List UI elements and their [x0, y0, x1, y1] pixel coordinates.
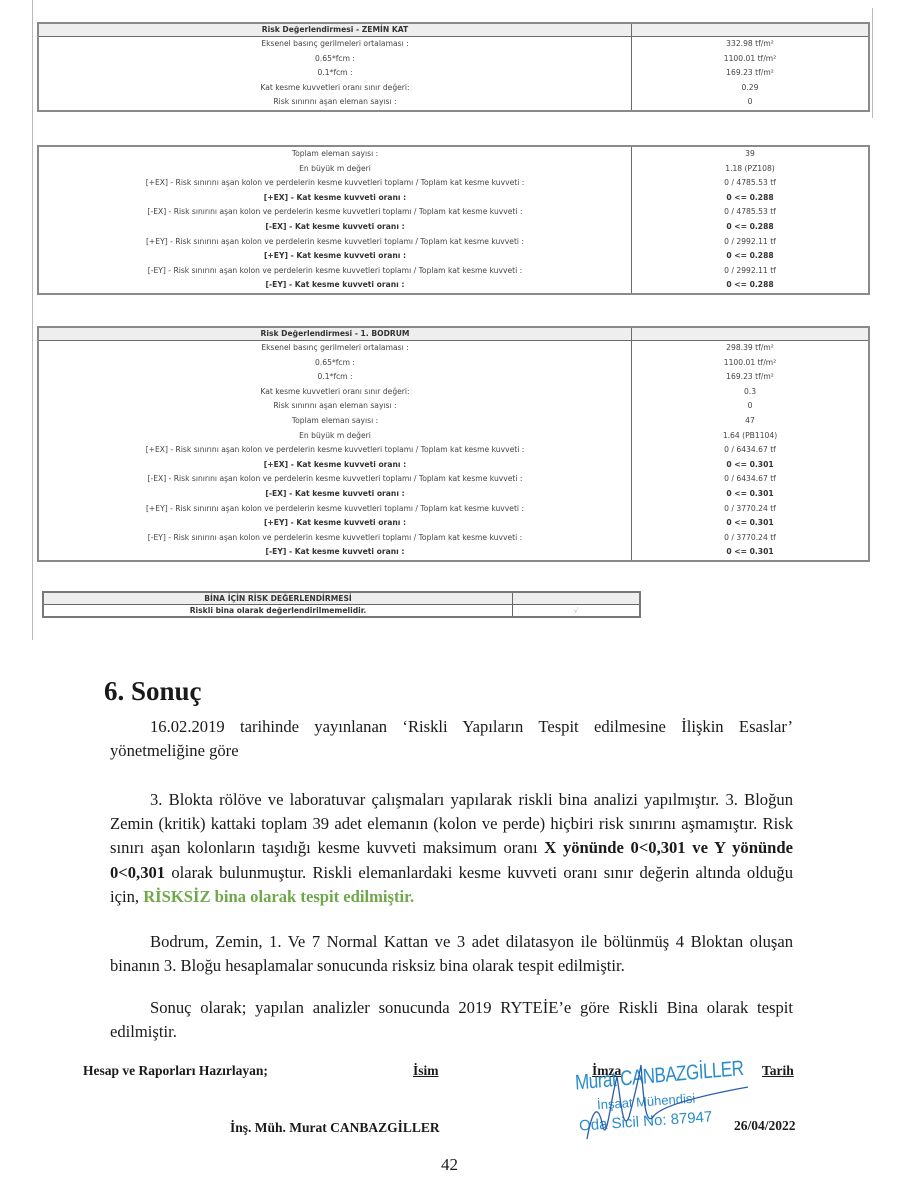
row-label: [-EY] - Risk sınırını aşan kolon ve perd…	[38, 531, 632, 546]
row-label: [+EX] - Kat kesme kuvveti oranı :	[38, 458, 632, 473]
table-row: [+EX] - Kat kesme kuvveti oranı :0 <= 0.…	[38, 458, 869, 473]
paragraph-3: Bodrum, Zemin, 1. Ve 7 Normal Kattan ve …	[110, 930, 793, 978]
risk-free-conclusion: RİSKSİZ bina olarak tespit edilmiştir.	[143, 887, 414, 906]
handwritten-signature-icon	[573, 1057, 758, 1147]
table-title: Risk Değerlendirmesi - ZEMİN KAT	[38, 23, 632, 37]
row-value: 0 <= 0.301	[632, 458, 870, 473]
row-value: 0 <= 0.288	[632, 191, 870, 206]
paragraph-1-text: 16.02.2019 tarihinde yayınlanan ‘Riskli …	[110, 717, 793, 760]
row-label: Toplam eleman sayısı :	[38, 146, 632, 162]
row-label: Toplam eleman sayısı :	[38, 414, 632, 429]
row-value: 1.64 (PB1104)	[632, 429, 870, 444]
table-row: Kat kesme kuvvetleri oranı sınır değeri:…	[38, 81, 869, 96]
table-row: [+EY] - Risk sınırını aşan kolon ve perd…	[38, 235, 869, 250]
row-value: 0 <= 0.301	[632, 487, 870, 502]
table-title-value	[632, 23, 870, 37]
engineer-stamp: Murat CANBAZGİLLER İnşaat Mühendisi Oda …	[573, 1057, 758, 1142]
table-row: 0.65*fcm :1100.01 tf/m²	[38, 356, 869, 371]
row-label: [-EX] - Risk sınırını aşan kolon ve perd…	[38, 205, 632, 220]
row-label: Risk sınırını aşan eleman sayısı :	[38, 95, 632, 111]
row-value: 169.23 tf/m²	[632, 66, 870, 81]
building-risk-result: Riskli bina olarak değerlendirilmemelidi…	[43, 605, 513, 618]
row-label: Risk sınırını aşan eleman sayısı :	[38, 399, 632, 414]
row-value: 0 / 3770.24 tf	[632, 531, 870, 546]
table-row: [-EX] - Risk sınırını aşan kolon ve perd…	[38, 205, 869, 220]
table-row: [+EX] - Risk sınırını aşan kolon ve perd…	[38, 176, 869, 191]
table-row: 0.1*fcm :169.23 tf/m²	[38, 370, 869, 385]
row-value: 332.98 tf/m²	[632, 37, 870, 52]
paragraph-4-text: Sonuç olarak; yapılan analizler sonucund…	[110, 998, 793, 1041]
table-title: Risk Değerlendirmesi - 1. BODRUM	[38, 327, 632, 341]
table-row: [-EY] - Kat kesme kuvveti oranı :0 <= 0.…	[38, 278, 869, 294]
table-row: [+EX] - Risk sınırını aşan kolon ve perd…	[38, 443, 869, 458]
row-label: Kat kesme kuvvetleri oranı sınır değeri:	[38, 81, 632, 96]
table-row: [-EX] - Kat kesme kuvveti oranı :0 <= 0.…	[38, 487, 869, 502]
paragraph-1: 16.02.2019 tarihinde yayınlanan ‘Riskli …	[110, 715, 793, 763]
row-value: 1100.01 tf/m²	[632, 52, 870, 67]
table-row: 0.65*fcm :1100.01 tf/m²	[38, 52, 869, 67]
building-risk-header-value	[513, 592, 641, 605]
row-value: 0 / 2992.11 tf	[632, 235, 870, 250]
row-label: [-EY] - Kat kesme kuvveti oranı :	[38, 545, 632, 561]
row-label: [-EY] - Risk sınırını aşan kolon ve perd…	[38, 264, 632, 279]
table-row: Risk sınırını aşan eleman sayısı :0	[38, 95, 869, 111]
row-label: 0.1*fcm :	[38, 66, 632, 81]
row-label: Eksenel basınç gerilmeleri ortalaması :	[38, 37, 632, 52]
row-value: 0 <= 0.301	[632, 545, 870, 561]
paragraph-4: Sonuç olarak; yapılan analizler sonucund…	[110, 996, 793, 1044]
row-value: 0 <= 0.301	[632, 516, 870, 531]
paragraph-2: 3. Blokta rölöve ve laboratuvar çalışmal…	[110, 788, 793, 909]
row-value: 1.18 (PZ108)	[632, 162, 870, 177]
name-label: İsim	[413, 1063, 439, 1079]
row-value: 0 / 3770.24 tf	[632, 502, 870, 517]
row-value: 0 / 6434.67 tf	[632, 443, 870, 458]
table-row: Toplam eleman sayısı :39	[38, 146, 869, 162]
table-row: Eksenel basınç gerilmeleri ortalaması :2…	[38, 341, 869, 356]
row-label: [-EY] - Kat kesme kuvveti oranı :	[38, 278, 632, 294]
row-label: [+EX] - Risk sınırını aşan kolon ve perd…	[38, 176, 632, 191]
section-heading: 6. Sonuç	[104, 676, 202, 707]
paragraph-3-text: Bodrum, Zemin, 1. Ve 7 Normal Kattan ve …	[110, 932, 793, 975]
table-row: Toplam eleman sayısı :47	[38, 414, 869, 429]
table-row: [-EX] - Kat kesme kuvveti oranı :0 <= 0.…	[38, 220, 869, 235]
table-row: [-EX] - Risk sınırını aşan kolon ve perd…	[38, 472, 869, 487]
table-row: [+EX] - Kat kesme kuvveti oranı :0 <= 0.…	[38, 191, 869, 206]
building-risk-table: BİNA İÇİN RİSK DEĞERLENDİRMESİ Riskli bi…	[42, 591, 641, 618]
row-label: Eksenel basınç gerilmeleri ortalaması :	[38, 341, 632, 356]
row-value: 47	[632, 414, 870, 429]
row-value: 0 / 6434.67 tf	[632, 472, 870, 487]
row-label: En büyük m değeri	[38, 429, 632, 444]
row-value: 0 <= 0.288	[632, 249, 870, 264]
row-value: 0.3	[632, 385, 870, 400]
row-value: 1100.01 tf/m²	[632, 356, 870, 371]
page-border-left	[32, 0, 33, 640]
row-label: Kat kesme kuvvetleri oranı sınır değeri:	[38, 385, 632, 400]
page-number: 42	[441, 1155, 458, 1175]
row-value: 0 / 2992.11 tf	[632, 264, 870, 279]
prepared-by-label: Hesap ve Raporları Hazırlayan;	[83, 1063, 268, 1079]
row-label: [-EX] - Risk sınırını aşan kolon ve perd…	[38, 472, 632, 487]
table-row: En büyük m değeri1.18 (PZ108)	[38, 162, 869, 177]
table-row: 0.1*fcm :169.23 tf/m²	[38, 66, 869, 81]
page-border-right	[872, 8, 873, 118]
building-risk-mark: √	[513, 605, 641, 618]
table-row: [+EY] - Risk sınırını aşan kolon ve perd…	[38, 502, 869, 517]
table-row: [+EY] - Kat kesme kuvveti oranı :0 <= 0.…	[38, 249, 869, 264]
table-row: Eksenel basınç gerilmeleri ortalaması :3…	[38, 37, 869, 52]
table-row: [-EY] - Kat kesme kuvveti oranı :0 <= 0.…	[38, 545, 869, 561]
row-value: 0 / 4785.53 tf	[632, 176, 870, 191]
table-row: [+EY] - Kat kesme kuvveti oranı :0 <= 0.…	[38, 516, 869, 531]
row-value: 0	[632, 95, 870, 111]
row-label: [-EX] - Kat kesme kuvveti oranı :	[38, 220, 632, 235]
table-row: Risk sınırını aşan eleman sayısı :0	[38, 399, 869, 414]
engineer-name: İnş. Müh. Murat CANBAZGİLLER	[230, 1120, 440, 1136]
risk-table-zemin: Risk Değerlendirmesi - ZEMİN KATEksenel …	[37, 22, 870, 112]
table-row: [-EY] - Risk sınırını aşan kolon ve perd…	[38, 531, 869, 546]
row-value: 169.23 tf/m²	[632, 370, 870, 385]
row-value: 39	[632, 146, 870, 162]
table-row: [-EY] - Risk sınırını aşan kolon ve perd…	[38, 264, 869, 279]
row-label: 0.1*fcm :	[38, 370, 632, 385]
row-value: 0 <= 0.288	[632, 220, 870, 235]
date-label: Tarih	[762, 1063, 794, 1079]
row-value: 0 / 4785.53 tf	[632, 205, 870, 220]
row-label: [+EY] - Risk sınırını aşan kolon ve perd…	[38, 502, 632, 517]
row-value: 0	[632, 399, 870, 414]
building-risk-title: BİNA İÇİN RİSK DEĞERLENDİRMESİ	[43, 592, 513, 605]
row-label: [-EX] - Kat kesme kuvveti oranı :	[38, 487, 632, 502]
row-label: [+EX] - Risk sınırını aşan kolon ve perd…	[38, 443, 632, 458]
table-row: Kat kesme kuvvetleri oranı sınır değeri:…	[38, 385, 869, 400]
row-label: 0.65*fcm :	[38, 52, 632, 67]
row-label: [+EX] - Kat kesme kuvveti oranı :	[38, 191, 632, 206]
row-label: [+EY] - Kat kesme kuvveti oranı :	[38, 516, 632, 531]
row-label: [+EY] - Kat kesme kuvveti oranı :	[38, 249, 632, 264]
row-label: En büyük m değeri	[38, 162, 632, 177]
row-value: 298.39 tf/m²	[632, 341, 870, 356]
risk-table-bodrum: Risk Değerlendirmesi - 1. BODRUMEksenel …	[37, 326, 870, 562]
row-label: 0.65*fcm :	[38, 356, 632, 371]
row-value: 0.29	[632, 81, 870, 96]
risk-table-zemin-detail: Toplam eleman sayısı :39En büyük m değer…	[37, 145, 870, 295]
table-row: En büyük m değeri1.64 (PB1104)	[38, 429, 869, 444]
table-title-value	[632, 327, 870, 341]
row-value: 0 <= 0.288	[632, 278, 870, 294]
row-label: [+EY] - Risk sınırını aşan kolon ve perd…	[38, 235, 632, 250]
